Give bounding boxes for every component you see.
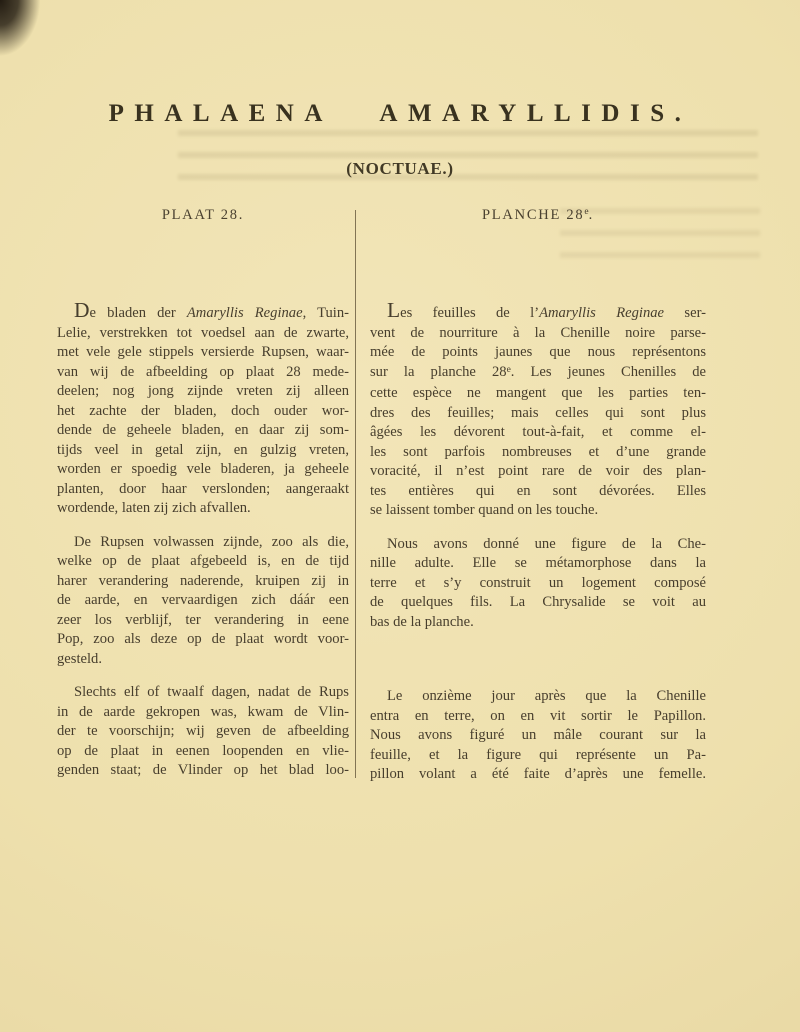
- text-line: âgées les dévorent tout-à-fait, et comme…: [370, 423, 706, 443]
- text-segment: L: [387, 301, 400, 322]
- text-segment: nille adulte. Elle se métamorphose dans …: [370, 555, 706, 571]
- text-line: mée de points jaunes que nous représento…: [370, 343, 706, 363]
- text-line: entra en terre, on en vit sortir le Papi…: [370, 707, 706, 727]
- text-segment: genden staat; de Vlinder op het blad loo…: [57, 762, 349, 778]
- text-line: voracité, il n’est point rare de voir de…: [370, 462, 706, 482]
- page-title: PHALAENA AMARYLLIDIS.: [0, 100, 800, 128]
- text-segment: zeer los verblijf, ter verandering in ee…: [57, 612, 349, 628]
- plate-header-french: PLANCHE 28e.: [370, 207, 706, 224]
- text-line: de aarde, en vervaardigen zich dáár een: [57, 591, 349, 611]
- text-line: se laissent tomber quand on les touche.: [370, 501, 706, 521]
- text-line: met vele gele stippels versierde Rupsen,…: [57, 343, 349, 363]
- text-segment: cette espèce ne mangent que les parties …: [370, 385, 706, 401]
- text-line: feuille, et la figure qui représente un …: [370, 746, 706, 766]
- text-line: bas de la planche.: [370, 613, 706, 633]
- plate-header-french-main: PLANCHE 28: [482, 207, 584, 223]
- text-segment: worden er spoedig vele bladeren, ja gehe…: [57, 461, 349, 477]
- text-segment: Pop, zoo als deze op de plaat wordt voor…: [57, 631, 349, 647]
- text-segment: de aarde, en vervaardigen zich dáár een: [57, 592, 349, 608]
- page-subtitle: (NOCTUAE.): [0, 159, 800, 179]
- text-line: gesteld.: [57, 650, 349, 670]
- text-line: cette espèce ne mangent que les parties …: [370, 384, 706, 404]
- text-line: Pop, zoo als deze op de plaat wordt voor…: [57, 630, 349, 650]
- text-line: les sont parfois nombreuses et d’une gra…: [370, 443, 706, 463]
- text-segment: met vele gele stippels versierde Rupsen,…: [57, 344, 349, 360]
- text-line: zeer los verblijf, ter verandering in ee…: [57, 611, 349, 631]
- text-segment: pillon volant a été faite d’après une fe…: [370, 766, 706, 782]
- text-line: dres des feuilles; mais celles qui sont …: [370, 404, 706, 424]
- text-segment: Le onzième jour après que la Chenille: [387, 688, 706, 704]
- species-name-italic: Amaryllis Reginae: [539, 305, 664, 321]
- text-line: Slechts elf of twaalf dagen, nadat de Ru…: [57, 683, 349, 703]
- text-segment: op de plaat in eenen loopenden en vlie-: [57, 743, 349, 759]
- text-segment: Slechts elf of twaalf dagen, nadat de Ru…: [74, 684, 349, 700]
- text-segment: entra en terre, on en vit sortir le Papi…: [370, 708, 706, 724]
- text-line: sur la planche 28e. Les jeunes Chenilles…: [370, 363, 706, 385]
- text-segment: der te voorschijn; wij geven de afbeeldi…: [57, 723, 349, 739]
- text-segment: D: [74, 301, 90, 322]
- text-segment: es feuilles de l’: [400, 305, 539, 321]
- text-segment: dres des feuilles; mais celles qui sont …: [370, 405, 706, 421]
- text-line: Nous avons figuré un mâle courant sur la: [370, 726, 706, 746]
- paragraph: Nous avons donné une figure de la Che-ni…: [370, 535, 706, 633]
- text-line: planten, door haar verslonden; aangeraak…: [57, 480, 349, 500]
- text-segment: Lelie, verstrekken tot voedsel aan de zw…: [57, 325, 349, 341]
- text-line: Nous avons donné une figure de la Che-: [370, 535, 706, 555]
- text-line: Lelie, verstrekken tot voedsel aan de zw…: [57, 324, 349, 344]
- text-segment: de quelques fils. La Chrysalide se voit …: [370, 594, 706, 610]
- text-line: tijds veel in getal zijn, en gulzig vret…: [57, 441, 349, 461]
- paragraph: De bladen der Amaryllis Reginae, Tuin-Le…: [57, 301, 349, 519]
- text-line: nille adulte. Elle se métamorphose dans …: [370, 554, 706, 574]
- text-segment: vent de nourriture à la Chenille noire p…: [370, 325, 706, 341]
- text-line: harer verandering naderende, kruipen zij…: [57, 572, 349, 592]
- text-line: in de aarde gekropen was, kwam de Vlin-: [57, 703, 349, 723]
- text-line: terre et s’y construit un logement compo…: [370, 574, 706, 594]
- text-segment: âgées les dévorent tout-à-fait, et comme…: [370, 424, 706, 440]
- text-segment: ser-: [664, 305, 706, 321]
- scan-corner-shadow: [0, 0, 46, 64]
- text-line: Le onzième jour après que la Chenille: [370, 687, 706, 707]
- text-line: Les feuilles de l’Amaryllis Reginae ser-: [370, 301, 706, 324]
- paragraph: Les feuilles de l’Amaryllis Reginae ser-…: [370, 301, 706, 521]
- text-segment: tijds veel in getal zijn, en gulzig vret…: [57, 442, 349, 458]
- text-segment: Nous avons figuré un mâle courant sur la: [370, 727, 706, 743]
- book-page: PHALAENA AMARYLLIDIS. (NOCTUAE.) PLAAT 2…: [0, 0, 800, 1032]
- text-segment: harer verandering naderende, kruipen zij…: [57, 573, 349, 589]
- text-segment: terre et s’y construit un logement compo…: [370, 575, 706, 591]
- text-segment: mée de points jaunes que nous représento…: [370, 344, 706, 360]
- text-segment: bas de la planche.: [370, 614, 474, 630]
- text-segment: sur la planche 28: [370, 364, 507, 380]
- text-segment: , Tuin-: [303, 305, 349, 321]
- text-line: tes entières qui en sont dévorées. Elles: [370, 482, 706, 502]
- text-line: op de plaat in eenen loopenden en vlie-: [57, 742, 349, 762]
- plate-header-french-superscript: e: [584, 207, 588, 217]
- text-segment: se laissent tomber quand on les touche.: [370, 502, 598, 518]
- text-line: het zachte der bladen, doch ouder wor-: [57, 402, 349, 422]
- text-segment: . Les jeunes Chenilles de: [511, 364, 706, 380]
- text-line: deelen; nog jong zijnde vreten zij allee…: [57, 382, 349, 402]
- text-segment: e bladen der: [90, 305, 187, 321]
- text-segment: les sont parfois nombreuses et d’une gra…: [370, 444, 706, 460]
- text-segment: e: [507, 365, 511, 375]
- text-segment: tes entières qui en sont dévorées. Elles: [370, 483, 706, 499]
- text-line: genden staat; de Vlinder op het blad loo…: [57, 761, 349, 781]
- species-name-italic: Amaryllis Reginae: [187, 305, 303, 321]
- plate-header-french-period: .: [589, 207, 594, 223]
- text-segment: van wij de afbeelding op plaat 28 mede-: [57, 364, 349, 380]
- text-line: der te voorschijn; wij geven de afbeeldi…: [57, 722, 349, 742]
- text-line: De bladen der Amaryllis Reginae, Tuin-: [57, 301, 349, 324]
- text-line: vent de nourriture à la Chenille noire p…: [370, 324, 706, 344]
- text-line: van wij de afbeelding op plaat 28 mede-: [57, 363, 349, 383]
- text-line: dende de geheele bladen, en daar zij som…: [57, 421, 349, 441]
- paragraph: Slechts elf of twaalf dagen, nadat de Ru…: [57, 683, 349, 781]
- text-segment: feuille, et la figure qui représente un …: [370, 747, 706, 763]
- text-line: worden er spoedig vele bladeren, ja gehe…: [57, 460, 349, 480]
- text-segment: dende de geheele bladen, en daar zij som…: [57, 422, 349, 438]
- text-segment: De Rupsen volwassen zijnde, zoo als die,: [74, 534, 349, 550]
- right-column: Les feuilles de l’Amaryllis Reginae ser-…: [370, 301, 706, 785]
- paragraph: De Rupsen volwassen zijnde, zoo als die,…: [57, 533, 349, 670]
- text-segment: voracité, il n’est point rare de voir de…: [370, 463, 706, 479]
- text-line: de quelques fils. La Chrysalide se voit …: [370, 593, 706, 613]
- text-line: wordende, laten zij zich afvallen.: [57, 499, 349, 519]
- column-divider-rule: [355, 210, 356, 778]
- text-line: De Rupsen volwassen zijnde, zoo als die,: [57, 533, 349, 553]
- paragraph: Le onzième jour après que la Chenilleent…: [370, 687, 706, 785]
- text-line: pillon volant a été faite d’après une fe…: [370, 765, 706, 785]
- text-line: welke op de plaat afgebeeld is, en de ti…: [57, 552, 349, 572]
- text-segment: in de aarde gekropen was, kwam de Vlin-: [57, 704, 349, 720]
- text-segment: Nous avons donné une figure de la Che-: [387, 536, 706, 552]
- left-column: De bladen der Amaryllis Reginae, Tuin-Le…: [57, 301, 349, 781]
- plate-header-dutch: PLAAT 28.: [57, 207, 349, 224]
- text-segment: gesteld.: [57, 651, 102, 667]
- text-segment: welke op de plaat afgebeeld is, en de ti…: [57, 553, 349, 569]
- text-segment: deelen; nog jong zijnde vreten zij allee…: [57, 383, 349, 399]
- text-segment: wordende, laten zij zich afvallen.: [57, 500, 251, 516]
- text-segment: het zachte der bladen, doch ouder wor-: [57, 403, 349, 419]
- text-segment: planten, door haar verslonden; aangeraak…: [57, 481, 349, 497]
